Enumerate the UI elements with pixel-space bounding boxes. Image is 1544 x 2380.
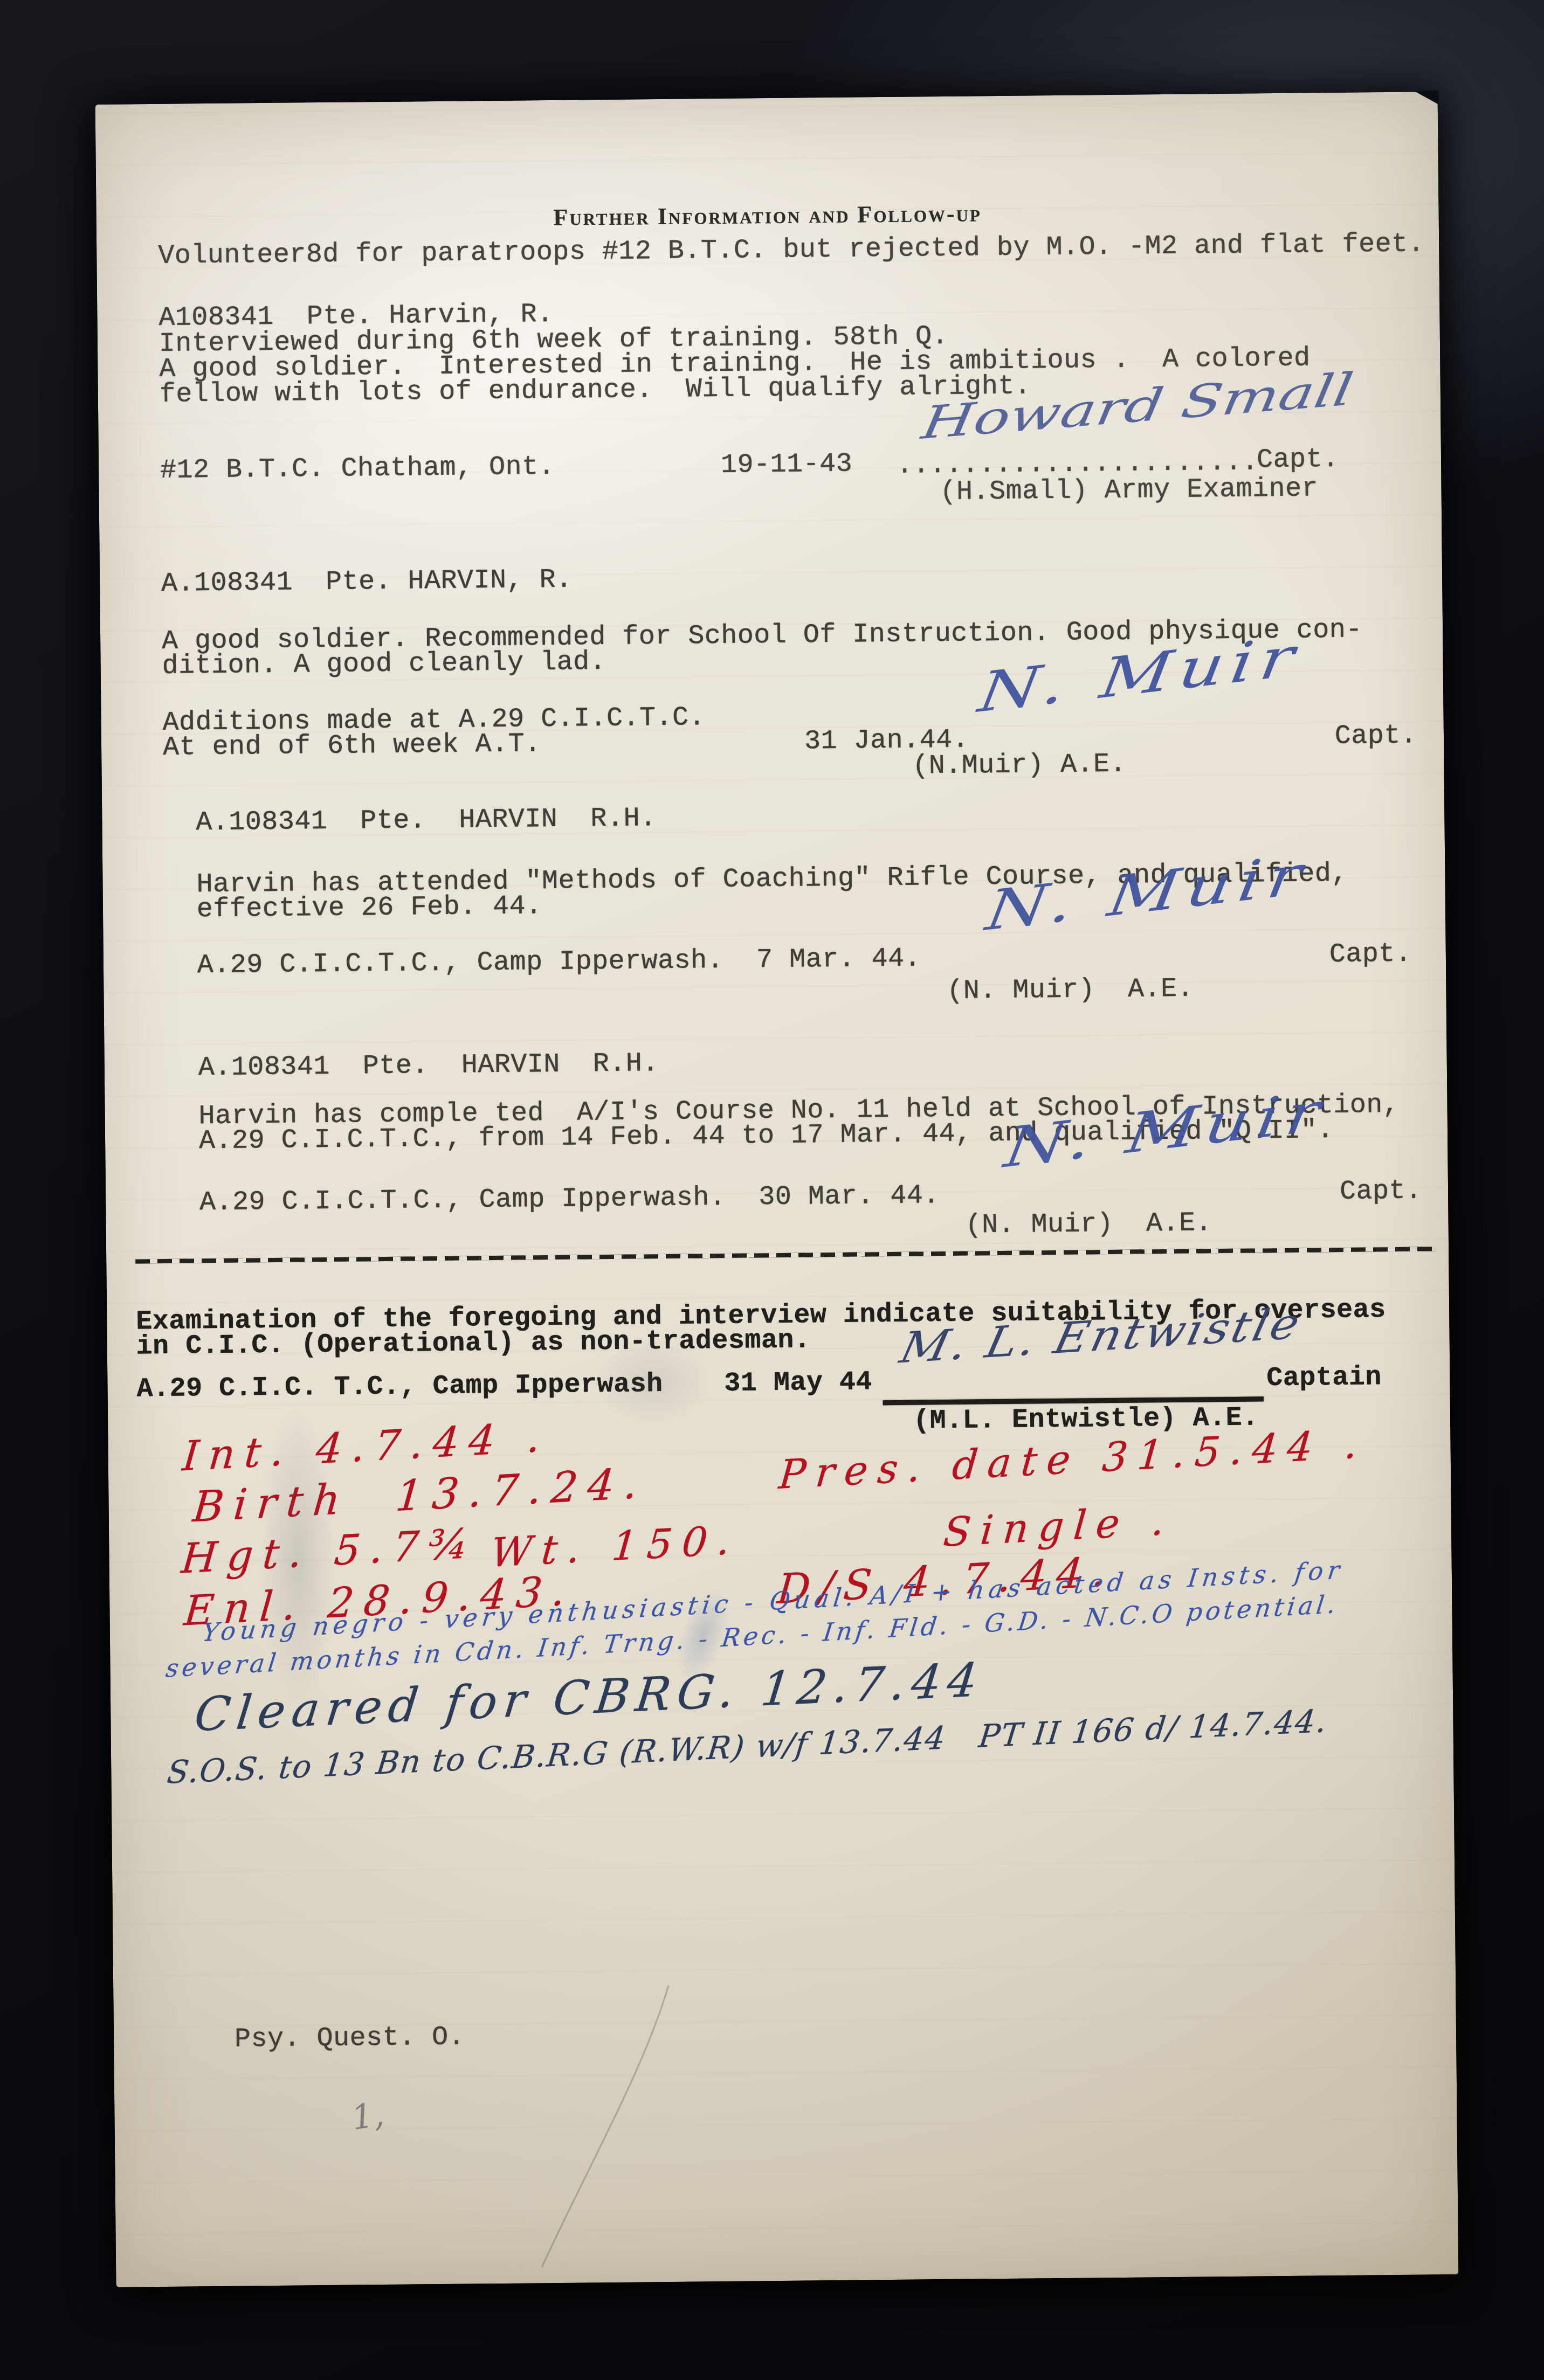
entry5-line: in C.I.C. (Operational) as non-tradesman…: [136, 1327, 811, 1360]
entry3-rank: Capt.: [1329, 941, 1412, 968]
entry3-footer: A.29 C.I.C.T.C., Camp Ipperwash. 7 Mar. …: [197, 945, 921, 979]
entry4-rank: Capt.: [1340, 1178, 1422, 1206]
entry1-date: 19-11-43: [721, 451, 853, 479]
handnote-weight: Wt. 150.: [489, 1517, 741, 1576]
entry4-header: A.108341 Pte. HARVIN R.H.: [198, 1050, 659, 1082]
scanned-record-page: Further Information and Follow-up Volunt…: [95, 92, 1459, 2287]
stray-ink-mark: 1,: [349, 2094, 386, 2137]
psy-quest-note: Psy. Quest. O.: [235, 2024, 465, 2053]
form-section-title: Further Information and Follow-up: [96, 195, 1438, 236]
entry2-rank: Capt.: [1335, 723, 1417, 750]
typed-intro-line: Volunteer8d for paratroops #12 B.T.C. bu…: [158, 231, 1424, 270]
entry5-rank: Captain: [1266, 1364, 1382, 1392]
entry1-rank: Capt.: [1257, 446, 1339, 474]
entry2-header: A.108341 Pte. HARVIN, R.: [161, 567, 573, 598]
entry2-line: dition. A good cleanly lad.: [162, 649, 606, 680]
entry2-line: At end of 6th week A.T.: [163, 731, 541, 762]
entry5-date: 31 May 44: [724, 1369, 872, 1397]
dashed-separator-rule: [135, 1247, 1436, 1263]
scratch-mark: [415, 1974, 741, 2279]
entry1-place: #12 B.T.C. Chatham, Ont.: [160, 454, 555, 485]
entry5-place: A.29 C.I.C. T.C., Camp Ipperwash: [136, 1371, 663, 1403]
entry3-line: effective 26 Feb. 44.: [197, 893, 542, 923]
signature-n-muir: N. Muir: [982, 842, 1313, 943]
handnote-marital-status: Single .: [942, 1497, 1176, 1556]
entry3-attribution: (N. Muir) A.E.: [947, 976, 1194, 1005]
entry1-attribution: (H.Small) Army Examiner: [940, 475, 1318, 506]
entry2-attribution: (N.Muir) A.E.: [912, 751, 1126, 780]
entry3-header: A.108341 Pte. HARVIN R.H.: [196, 805, 657, 836]
entry4-attribution: (N. Muir) A.E.: [965, 1210, 1212, 1239]
entry4-footer: A.29 C.I.C.T.C., Camp Ipperwash. 30 Mar.…: [199, 1182, 940, 1216]
entry1-line: fellow with lots of endurance. Will qual…: [160, 373, 1031, 409]
